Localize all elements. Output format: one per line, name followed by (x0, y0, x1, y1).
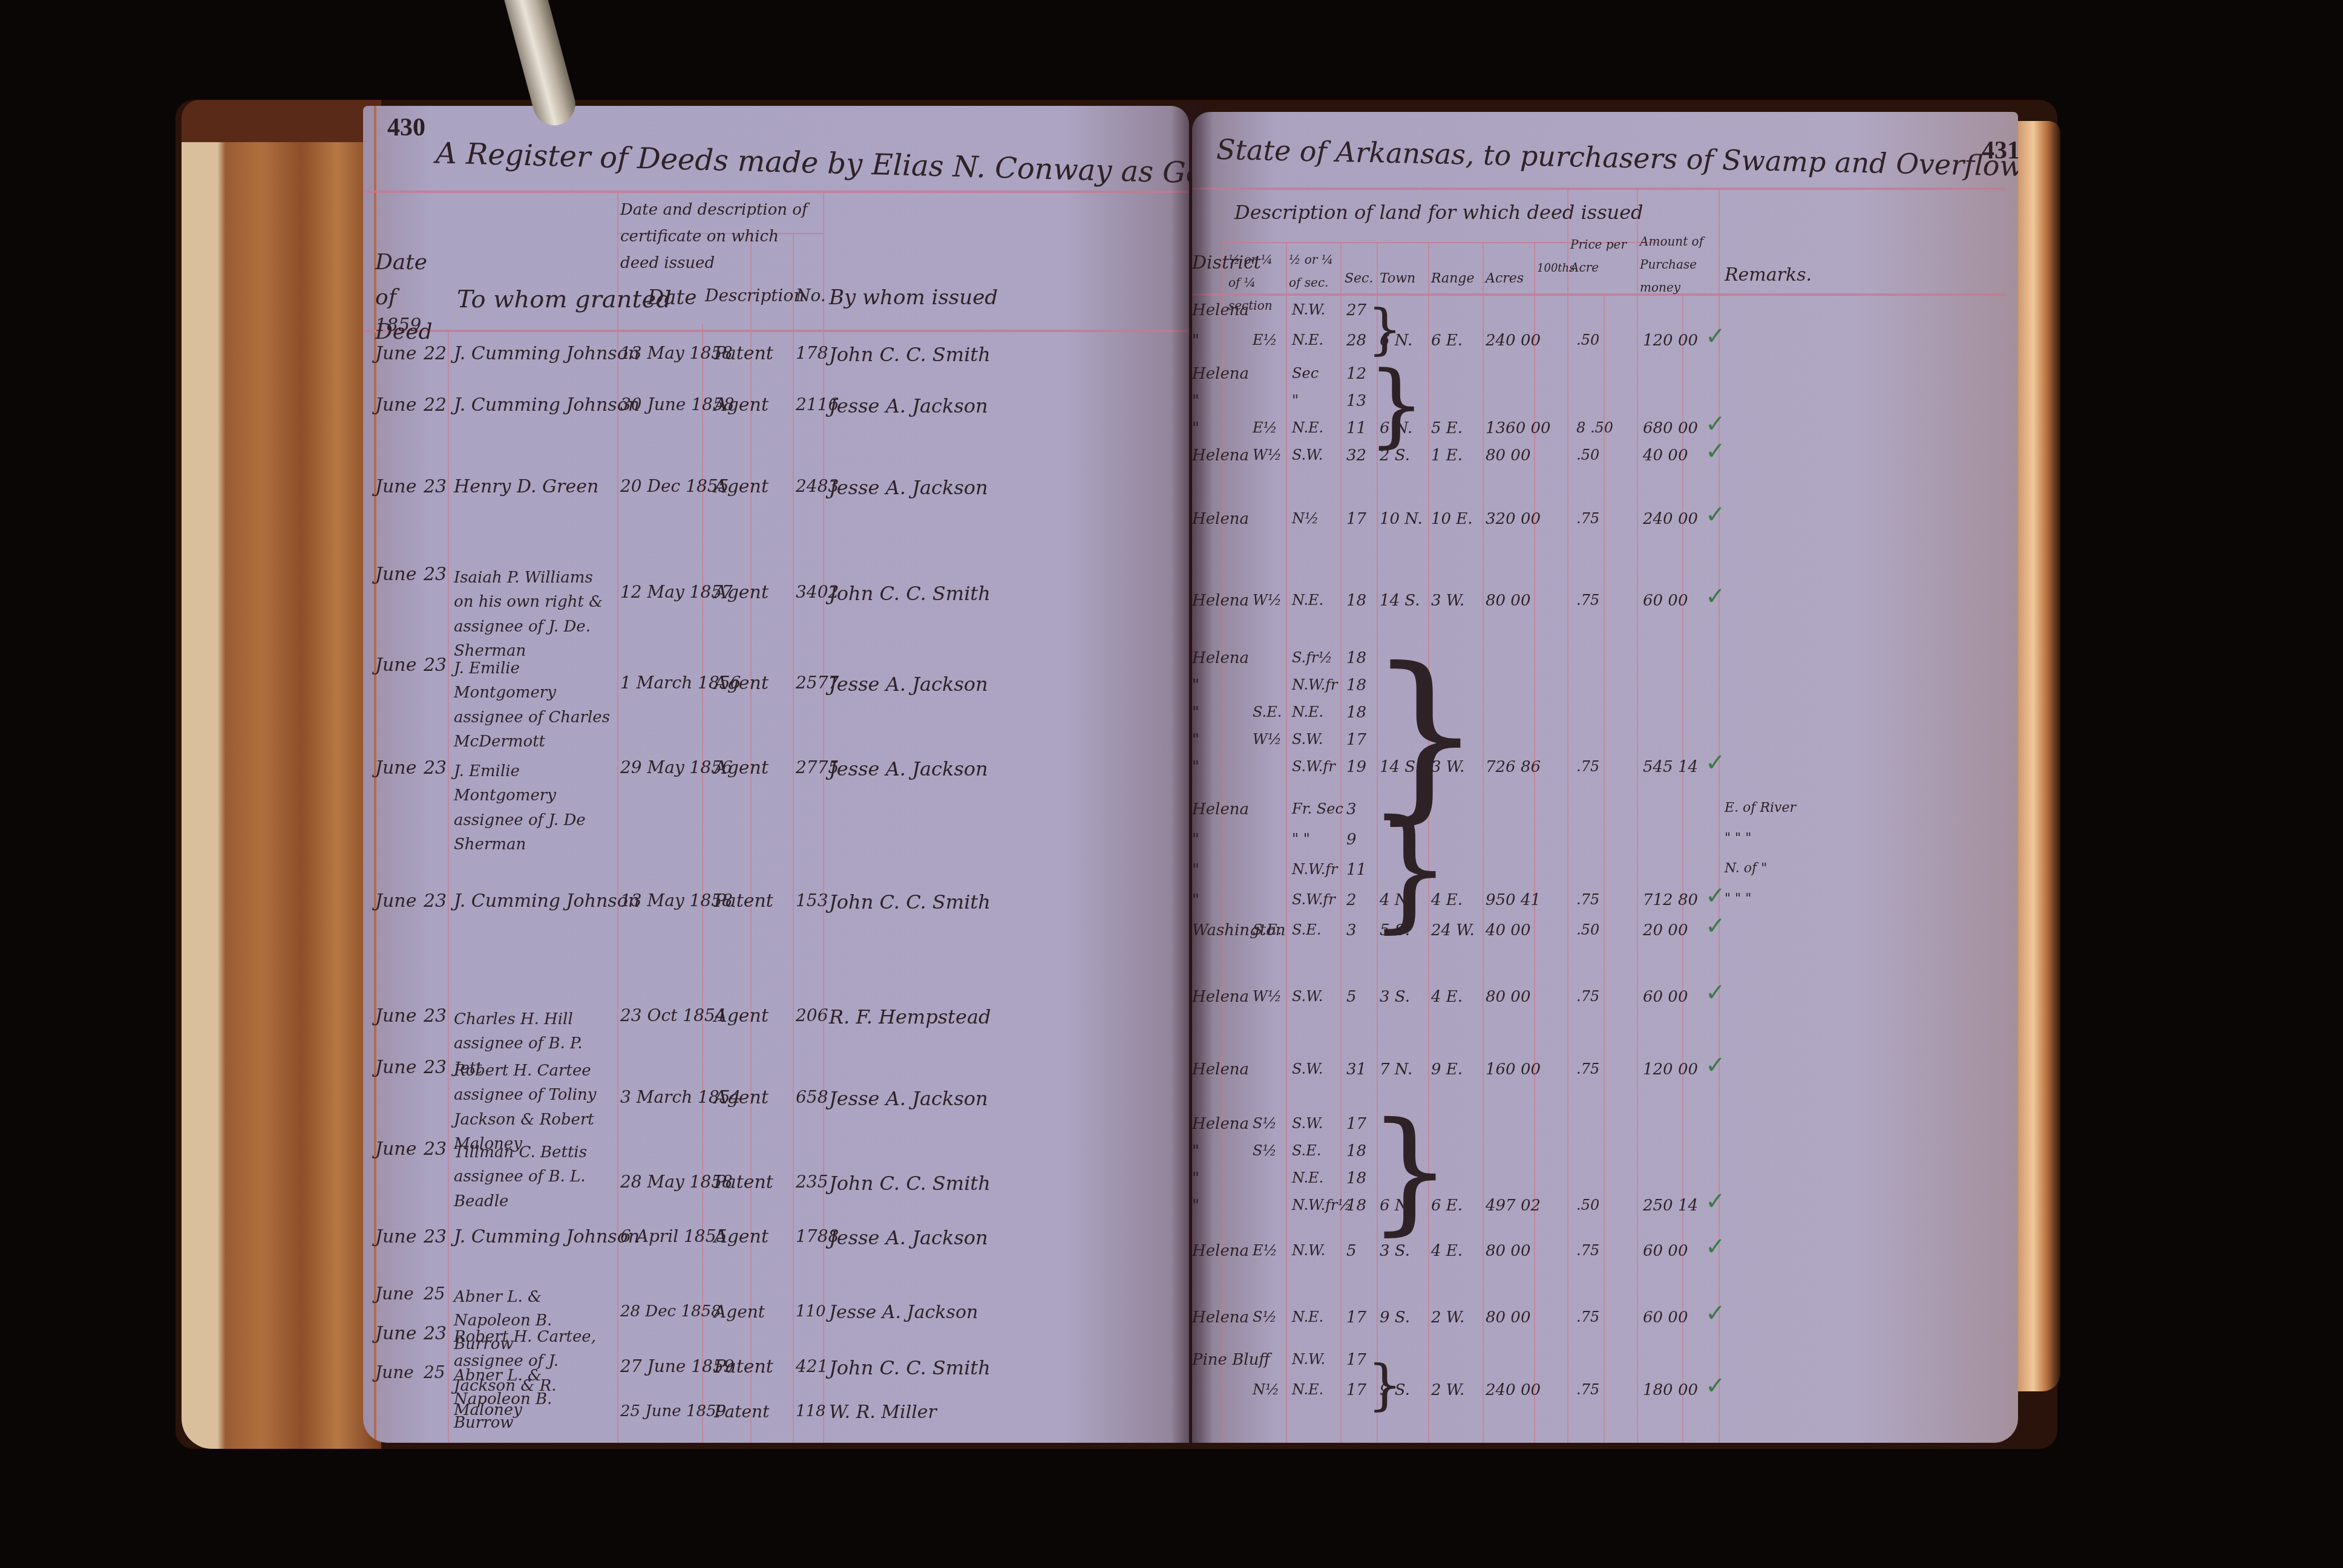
checkmark-icon: ✓ (1705, 584, 1726, 609)
row-day: 23 (424, 478, 447, 496)
row-quarter: " " (1292, 832, 1310, 846)
row-issued-by: Jesse A. Jackson (829, 1089, 988, 1108)
col-rule (1483, 242, 1484, 1443)
row-remarks: N. of " (1725, 862, 1767, 875)
row-sec: 17 (1346, 1352, 1366, 1368)
row-day: 23 (424, 759, 447, 777)
row-month: June (375, 478, 416, 496)
row-part: S.E. (1253, 923, 1282, 937)
row-description: Agent (714, 1228, 768, 1246)
row-day: 23 (424, 1007, 447, 1025)
row-issued-by: John C. C. Smith (829, 892, 991, 912)
row-sec: 17 (1346, 511, 1366, 527)
row-town: 7 N. (1380, 1062, 1412, 1077)
brace: } (1368, 360, 1425, 451)
row-quarter: N.E. (1292, 333, 1323, 347)
row-sec: 11 (1346, 420, 1366, 436)
row-issued-by: W. R. Miller (829, 1403, 937, 1422)
row-grantee: Isaiah P. Williams on his own right & as… (454, 566, 611, 663)
row-day: 23 (424, 1228, 447, 1246)
row-amount: 60 00 (1643, 1243, 1688, 1259)
header-land-group: Description of land for which deed issue… (1234, 203, 1643, 222)
col-rule (793, 233, 794, 1443)
row-sec: 18 (1346, 705, 1366, 720)
row-description: Agent (714, 396, 768, 414)
row-part: E½ (1253, 1243, 1277, 1258)
row-quarter: S.fr½ (1292, 650, 1332, 665)
row-issued-by: John C. C. Smith (829, 584, 991, 603)
header-no: No. (796, 287, 826, 304)
row-cert-date: 28 Dec 1858 (620, 1304, 721, 1319)
row-town: 3 S. (1380, 989, 1410, 1005)
row-sec: 13 (1346, 393, 1366, 409)
header-range: Range (1431, 272, 1474, 286)
row-price: .75 (1576, 593, 1599, 607)
checkmark-icon: ✓ (1705, 1301, 1726, 1325)
row-quarter: N.E. (1292, 1382, 1323, 1397)
row-day: 23 (424, 1325, 447, 1343)
right-page: 431 State of Arkansas, to purchasers of … (1192, 112, 2018, 1443)
row-month: June (375, 892, 416, 910)
row-issued-by: Jesse A. Jackson (829, 1228, 988, 1247)
row-remarks: " " " (1725, 832, 1751, 845)
row-price: .75 (1576, 1382, 1599, 1397)
header-description: Description (705, 287, 804, 304)
checkmark-icon: ✓ (1705, 1374, 1726, 1398)
checkmark-icon: ✓ (1705, 751, 1726, 775)
row-price: .75 (1576, 759, 1599, 774)
row-no: 110 (796, 1304, 826, 1319)
header-bottom-rule (363, 330, 1189, 332)
row-sec: 12 (1346, 366, 1366, 382)
row-amount: 60 00 (1643, 989, 1688, 1005)
row-no: 421 (796, 1358, 828, 1375)
checkmark-icon: ✓ (1705, 412, 1726, 436)
row-issued-by: Jesse A. Jackson (829, 478, 988, 497)
col-rule (448, 330, 449, 1443)
row-quarter: S.E. (1292, 923, 1321, 937)
row-quarter: N.E. (1292, 705, 1323, 719)
row-month: June (375, 1364, 414, 1381)
row-acres: 240 00 (1486, 333, 1541, 348)
row-amount: 120 00 (1643, 333, 1698, 348)
row-part: W½ (1253, 989, 1282, 1004)
row-month: June (375, 1007, 416, 1025)
cover-top-edge (182, 100, 381, 142)
row-cert-date: 25 June 1859 (620, 1403, 726, 1419)
row-grantee: Henry D. Green (454, 478, 598, 496)
row-part: W½ (1253, 732, 1282, 746)
row-amount: 680 00 (1643, 420, 1698, 436)
page-title: A Register of Deeds made by Elias N. Con… (436, 139, 1189, 192)
checkmark-icon: ✓ (1705, 1189, 1726, 1214)
row-day: 22 (424, 345, 447, 363)
header-quarter: ½ or ¼ of sec. (1289, 248, 1337, 294)
row-amount: 60 00 (1643, 593, 1688, 609)
row-description: Agent (714, 1007, 768, 1025)
row-month: June (375, 1140, 416, 1158)
row-day: 23 (424, 1140, 447, 1158)
header-to-whom-granted: To whom granted (457, 287, 672, 312)
brace: } (1368, 802, 1452, 935)
right-page-edge (2015, 121, 2060, 1391)
row-sec: 2 (1346, 892, 1357, 908)
row-grantee: Abner L. & Napoleon B. Burrow (454, 1285, 611, 1356)
row-description: Agent (714, 478, 768, 496)
row-description: Patent (714, 892, 773, 910)
brace: } (1368, 1104, 1452, 1237)
row-quarter: N.E. (1292, 593, 1323, 607)
row-quarter: N.W. (1292, 1243, 1325, 1258)
row-price: .75 (1576, 1062, 1599, 1076)
row-quarter: N.E. (1292, 1171, 1323, 1185)
row-range: 3 W. (1431, 593, 1464, 609)
row-sec: 3 (1346, 802, 1357, 817)
row-acres: 320 00 (1486, 511, 1541, 527)
row-grantee: Abner L. & Napoleon B. Burrow (454, 1364, 611, 1435)
row-range: 10 E. (1431, 511, 1473, 527)
row-price: .50 (1576, 923, 1599, 937)
col-rule (823, 191, 824, 1443)
row-sec: 18 (1346, 1198, 1366, 1214)
row-sec: 11 (1346, 862, 1366, 878)
row-issued-by: R. F. Hempstead (829, 1007, 991, 1027)
row-day: 23 (424, 1059, 447, 1077)
row-range: 1 E. (1431, 448, 1463, 463)
checkmark-icon: ✓ (1705, 884, 1726, 908)
row-sec: 27 (1346, 302, 1366, 318)
row-range: 6 E. (1431, 333, 1463, 348)
row-quarter: " (1292, 393, 1299, 408)
row-day: 23 (424, 892, 447, 910)
row-part: S½ (1253, 1143, 1277, 1158)
page-number: 430 (387, 113, 425, 142)
row-grantee: J. Emilie Montgomery assignee of Charles… (454, 656, 611, 754)
checkmark-icon: ✓ (1705, 1235, 1726, 1259)
row-range: 4 E. (1431, 989, 1463, 1005)
row-grantee: J. Cumming Johnson (454, 396, 640, 414)
row-month: June (375, 566, 416, 584)
row-acres: 80 00 (1486, 989, 1530, 1005)
row-issued-by: Jesse A. Jackson (829, 675, 988, 694)
header-hundredths: 100ths (1537, 263, 1575, 274)
row-cert-date: 23 Oct 1854 (620, 1007, 726, 1024)
row-remarks: " " " (1725, 892, 1751, 906)
row-town: 9 S. (1380, 1310, 1410, 1325)
row-quarter: S.W. (1292, 448, 1323, 462)
header-remarks: Remarks. (1725, 266, 1812, 284)
header-rule (1192, 188, 2006, 190)
row-quarter: Fr. Sec (1292, 802, 1343, 816)
col-rule (1286, 242, 1287, 1443)
row-month: June (375, 1325, 416, 1343)
row-description: Agent (714, 1089, 768, 1107)
header-price: Price per Acre (1570, 233, 1634, 279)
row-part: S.E. (1253, 705, 1282, 719)
row-price: .75 (1576, 1243, 1599, 1258)
row-amount: 180 00 (1643, 1382, 1698, 1398)
row-amount: 60 00 (1643, 1310, 1688, 1325)
row-no: 235 (796, 1174, 828, 1191)
row-month: June (375, 396, 416, 414)
row-amount: 20 00 (1643, 923, 1688, 938)
col-rule (1637, 188, 1638, 1443)
row-sec: 28 (1346, 333, 1366, 348)
row-amount: 545 14 (1643, 759, 1698, 775)
row-issued-by: Jesse A. Jackson (829, 396, 988, 416)
row-sec: 17 (1346, 732, 1366, 748)
brace: } (1368, 1358, 1402, 1413)
header-by-whom-issued: By whom issued (829, 287, 998, 308)
row-acres: 80 00 (1486, 448, 1530, 463)
row-description: Agent (714, 759, 768, 777)
header-town: Town (1380, 272, 1415, 286)
row-part: E½ (1253, 333, 1277, 347)
row-quarter: S.W.fr (1292, 759, 1335, 774)
row-description: Patent (714, 1403, 769, 1420)
row-sec: 5 (1346, 1243, 1357, 1259)
row-sec: 17 (1346, 1382, 1366, 1398)
row-quarter: S.E. (1292, 1143, 1321, 1158)
row-sec: 17 (1346, 1310, 1366, 1325)
row-day: 23 (424, 656, 447, 675)
row-day: 25 (424, 1364, 445, 1381)
row-sec: 18 (1346, 1143, 1366, 1159)
row-grantee: J. Cumming Johnson (454, 892, 640, 910)
row-no: 658 (796, 1089, 828, 1106)
row-price: .50 (1576, 333, 1599, 347)
row-acres: 497 02 (1486, 1198, 1541, 1214)
row-acres: 160 00 (1486, 1062, 1541, 1077)
col-rule (1682, 293, 1683, 1443)
brace: } (1368, 302, 1402, 357)
row-description: Agent (714, 584, 768, 602)
row-quarter: Sec (1292, 366, 1319, 381)
row-month: June (375, 759, 416, 777)
year-label: 1859 (375, 316, 421, 335)
row-sec: 31 (1346, 1062, 1366, 1077)
row-description: Agent (714, 675, 768, 693)
header-sec: Sec. (1345, 272, 1373, 286)
row-acres: 1360 00 (1486, 420, 1551, 436)
row-issued-by: John C. C. Smith (829, 345, 991, 364)
row-remarks: E. of River (1725, 802, 1796, 815)
row-price: .75 (1576, 989, 1599, 1004)
row-acres: 80 00 (1486, 1310, 1530, 1325)
row-amount: 120 00 (1643, 1062, 1698, 1077)
row-cert-date: 20 Dec 1855 (620, 478, 729, 495)
row-quarter: S.W. (1292, 989, 1323, 1004)
left-page: 430 A Register of Deeds made by Elias N.… (363, 106, 1189, 1443)
row-sec: 18 (1346, 593, 1366, 609)
row-range: 2 W. (1431, 1382, 1464, 1398)
row-quarter: S.W. (1292, 1062, 1323, 1076)
row-description: Patent (714, 345, 773, 363)
row-part: S½ (1253, 1116, 1277, 1131)
row-issued-by: John C. C. Smith (829, 1358, 991, 1377)
row-range: 5 E. (1431, 420, 1463, 436)
row-quarter: N.W.fr (1292, 678, 1338, 692)
checkmark-icon: ✓ (1705, 439, 1726, 463)
row-sec: 18 (1346, 1171, 1366, 1186)
row-range: 9 E. (1431, 1062, 1463, 1077)
row-part: W½ (1253, 593, 1282, 607)
row-quarter: N.E. (1292, 420, 1323, 435)
row-issued-by: Jesse A. Jackson (829, 1304, 978, 1322)
row-part: E½ (1253, 420, 1277, 435)
col-rule (1604, 293, 1605, 1443)
row-no: 153 (796, 892, 828, 909)
row-cert-date: 6 April 1855 (620, 1228, 727, 1245)
row-amount: 250 14 (1643, 1198, 1698, 1214)
row-acres: 240 00 (1486, 1382, 1541, 1398)
row-town: 10 N. (1380, 511, 1423, 527)
row-price: .50 (1576, 1198, 1599, 1212)
book-gutter (1171, 103, 1213, 1446)
row-quarter: S.W.fr (1292, 892, 1335, 907)
row-sec: 18 (1346, 678, 1366, 693)
col-rule (1567, 188, 1568, 1443)
col-rule (617, 191, 618, 1443)
row-sec: 17 (1346, 1116, 1366, 1132)
header-date: Date (647, 287, 696, 308)
header-certificate-group: Date and description of certificate on w… (620, 197, 820, 277)
row-quarter: N.W.fr½ (1292, 1198, 1352, 1212)
row-month: June (375, 345, 416, 363)
row-part: W½ (1253, 448, 1282, 462)
row-part: S½ (1253, 1310, 1277, 1324)
row-issued-by: Jesse A. Jackson (829, 759, 988, 779)
row-quarter: N.W.fr (1292, 862, 1338, 877)
row-sec: 3 (1346, 923, 1357, 938)
row-grantee: J. Emilie Montgomery assignee of J. De S… (454, 759, 617, 857)
row-amount: 240 00 (1643, 511, 1698, 527)
checkmark-icon: ✓ (1705, 324, 1726, 348)
row-acres: 40 00 (1486, 923, 1530, 938)
row-sec: 19 (1346, 759, 1366, 775)
row-issued-by: John C. C. Smith (829, 1174, 991, 1193)
page-title: State of Arkansas, to purchasers of Swam… (1216, 136, 2018, 183)
row-quarter: N.E. (1292, 1310, 1323, 1324)
page-stack-edge (182, 100, 381, 1449)
row-sec: 5 (1346, 989, 1357, 1005)
row-price: .75 (1576, 511, 1599, 526)
row-day: 22 (424, 396, 447, 414)
checkmark-icon: ✓ (1705, 981, 1726, 1005)
row-quarter: N.W. (1292, 302, 1325, 317)
row-quarter: S.W. (1292, 1116, 1323, 1131)
row-acres: 726 86 (1486, 759, 1541, 775)
row-grantee: Tillman C. Bettis assignee of B. L. Bead… (454, 1140, 611, 1214)
row-part: N½ (1253, 1382, 1279, 1397)
checkmark-icon: ✓ (1705, 503, 1726, 527)
row-price: .50 (1576, 448, 1599, 462)
row-month: June (375, 1285, 414, 1302)
row-grantee: J. Cumming Johnson (454, 345, 640, 363)
col-rule (1222, 242, 1224, 1443)
row-quarter: S.W. (1292, 732, 1323, 746)
checkmark-icon: ✓ (1705, 914, 1726, 938)
row-description: Patent (714, 1358, 773, 1376)
row-no: 118 (796, 1403, 826, 1419)
row-day: 23 (424, 566, 447, 584)
row-acres: 80 00 (1486, 1243, 1530, 1259)
row-price: .75 (1576, 1310, 1599, 1324)
header-amount: Amount of Purchase money (1640, 230, 1715, 299)
row-sec: 32 (1346, 448, 1366, 463)
header-rule (363, 191, 1189, 193)
row-day: 25 (424, 1285, 445, 1302)
row-acres: 80 00 (1486, 593, 1530, 609)
row-description: Agent (714, 1304, 765, 1321)
row-month: June (375, 1228, 416, 1246)
row-month: June (375, 656, 416, 675)
row-no: 178 (796, 345, 828, 362)
row-range: 2 W. (1431, 1310, 1464, 1325)
row-price: .75 (1576, 892, 1599, 907)
row-amount: 712 80 (1643, 892, 1698, 908)
row-acres: 950 41 (1486, 892, 1541, 908)
row-month: June (375, 1059, 416, 1077)
row-town: 14 S. (1380, 593, 1420, 609)
row-sec: 9 (1346, 832, 1357, 848)
row-grantee: J. Cumming Johnson (454, 1228, 640, 1246)
row-sec: 18 (1346, 650, 1366, 666)
row-quarter: N½ (1292, 511, 1319, 526)
header-acres: Acres (1486, 272, 1524, 286)
row-amount: 40 00 (1643, 448, 1688, 463)
row-no: 206 (796, 1007, 828, 1024)
checkmark-icon: ✓ (1705, 1053, 1726, 1077)
row-price: 8 .50 (1576, 420, 1613, 435)
row-description: Patent (714, 1174, 773, 1192)
row-quarter: N.W. (1292, 1352, 1325, 1367)
col-rule (1340, 242, 1342, 1443)
